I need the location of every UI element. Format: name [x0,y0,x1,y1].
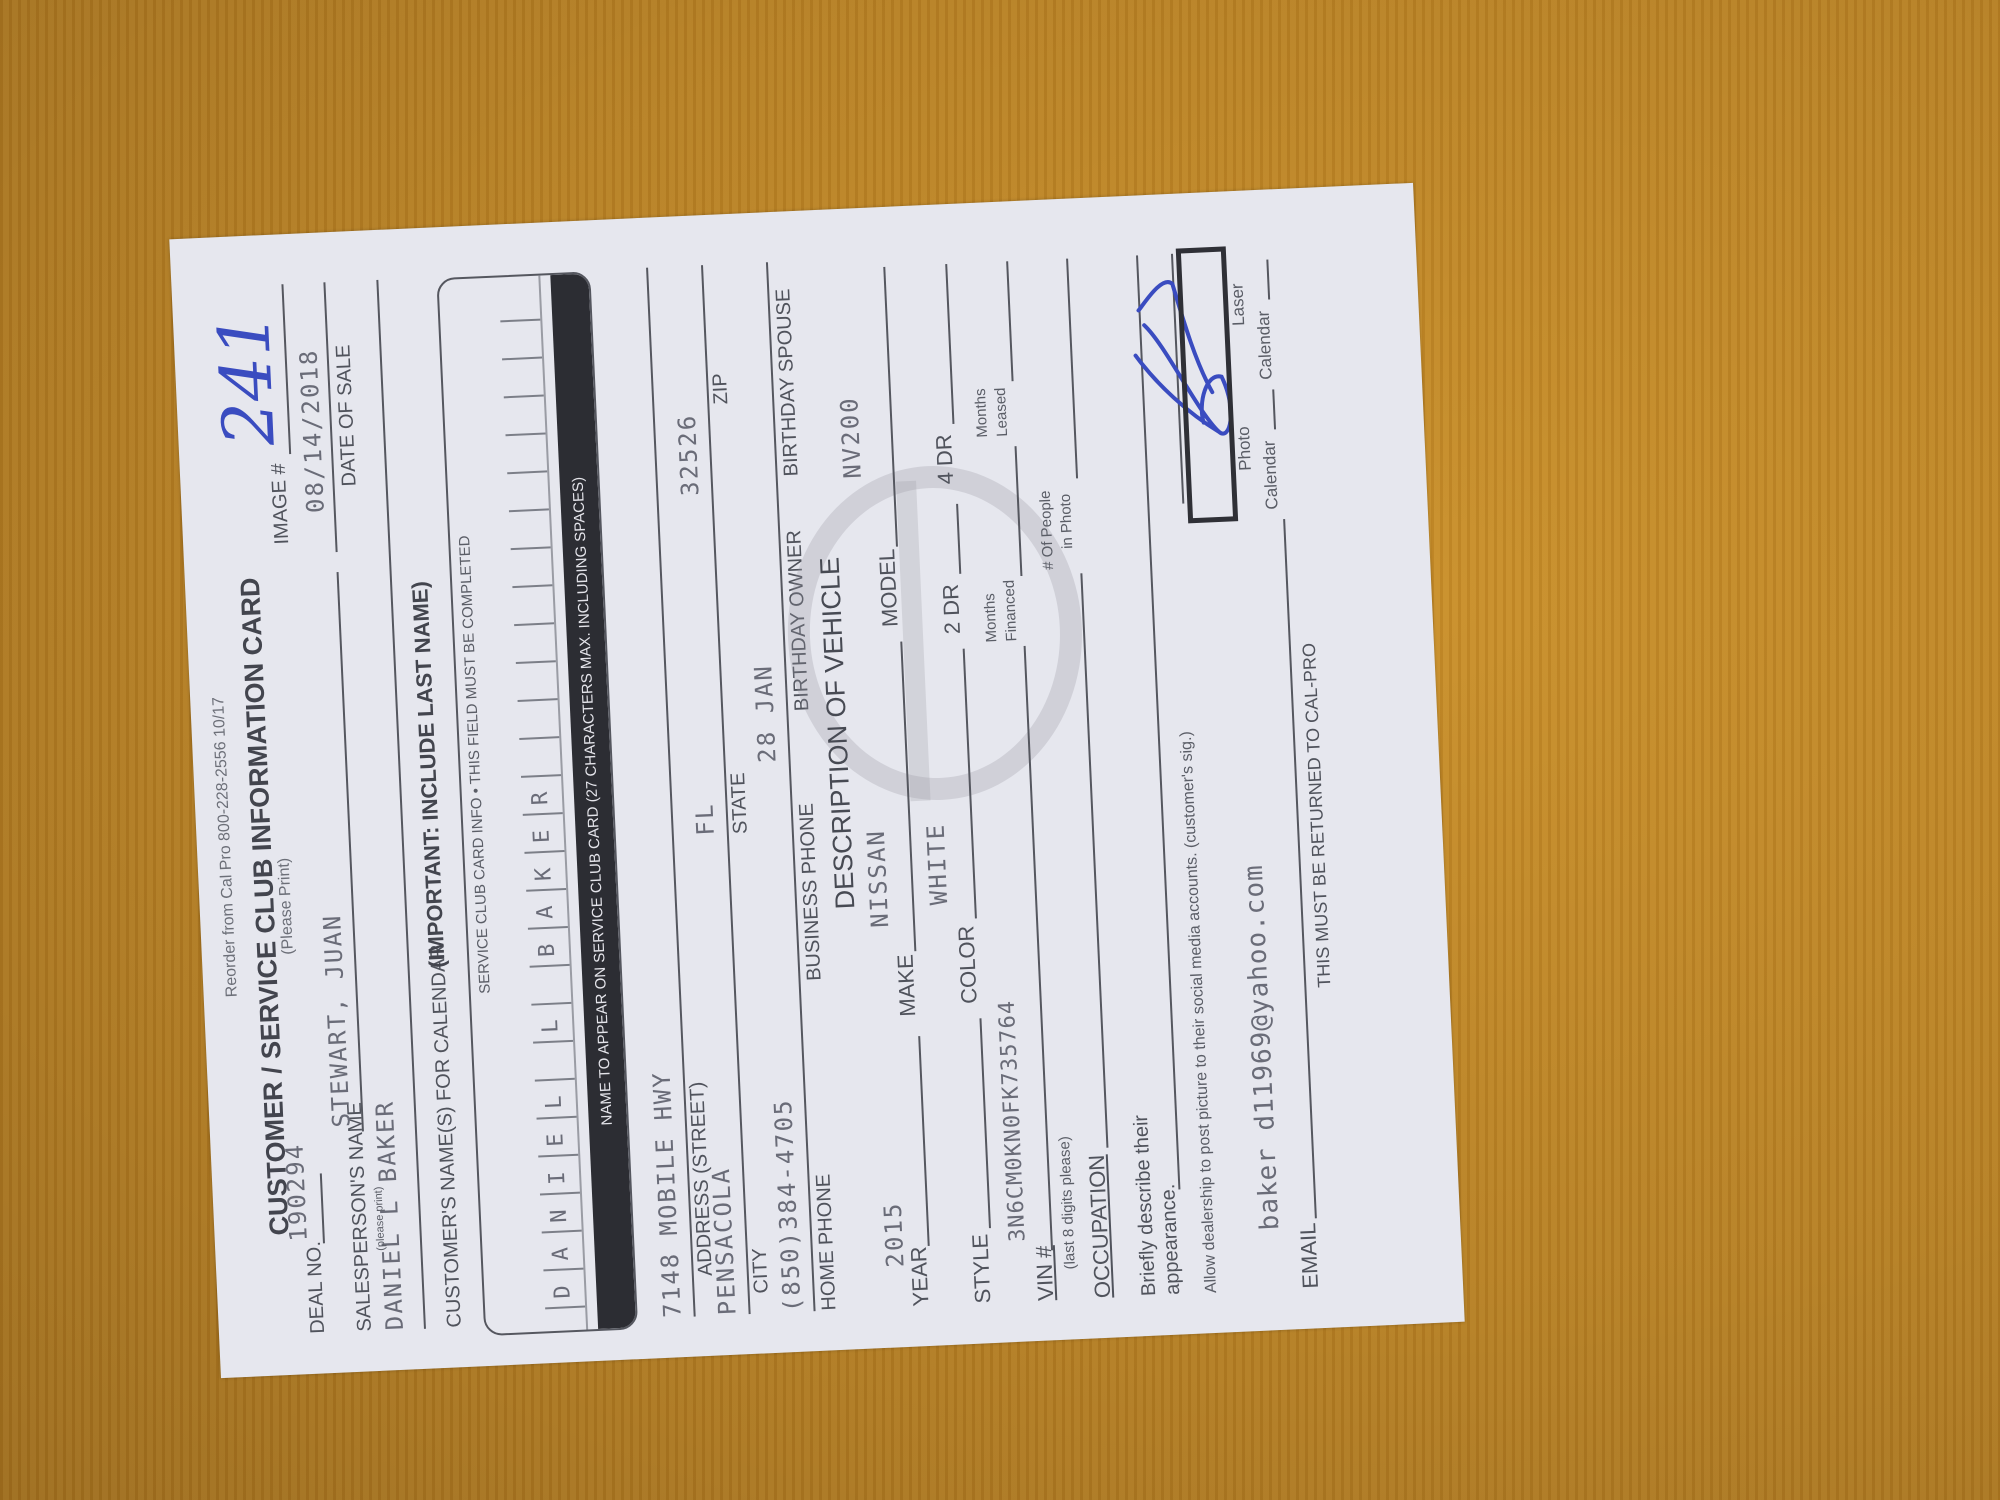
card-name-slot [500,319,540,323]
date-of-sale-value: 08/14/2018 [294,348,329,514]
card-name-slot [511,546,551,550]
photo-calendar-field[interactable] [1272,389,1276,429]
months-leased-field[interactable] [1006,261,1013,381]
salesperson-value: STEWART, JUAN [318,913,356,1128]
color-label: COLOR [953,925,983,1004]
card-name-char: N [547,1209,573,1223]
two-door-label: 2 DR [938,584,966,635]
zip-value: 32526 [673,413,705,496]
people-in-photo-label-2: in Photo [1057,494,1076,550]
card-name-char: L [542,1095,568,1109]
include-last-name-note: (IMPORTANT: INCLUDE LAST NAME) [407,581,451,969]
zip-label: ZIP [709,373,733,405]
card-name-slot [528,926,568,930]
card-name-slot [507,470,547,474]
service-club-information-card: Reorder from Cal Pro 800-228-2556 10/17 … [169,183,1464,1378]
return-note: THIS MUST BE RETURNED TO CAL-PRO [1299,642,1336,988]
card-name-slot [514,622,554,626]
date-of-sale-label: DATE OF SALE [332,344,361,487]
card-name-char: K [531,867,557,881]
service-card-note: SERVICE CLUB CARD INFO • THIS FIELD MUST… [456,535,494,994]
people-in-photo-label-1: # Of People [1037,490,1058,570]
make-label: MAKE [892,954,921,1017]
card-name-slot [512,584,552,588]
card-name-char: B [535,943,561,957]
business-phone-label: BUSINESS PHONE [796,803,827,982]
state-value: FL [690,802,719,836]
card-name-char: R [528,791,554,805]
card-name-slot [545,1306,585,1310]
birthday-owner-value: 28 JAN [749,663,781,763]
vin-hint: (last 8 digits please) [1056,1136,1079,1270]
card-name-slot [509,508,549,512]
four-door-field[interactable] [945,264,954,424]
people-in-photo-field[interactable] [1066,259,1078,479]
card-name-slot [519,736,559,740]
months-financed-label-1: Months [981,593,1000,643]
card-name-slot [535,1078,575,1082]
style-label: STYLE [967,1233,996,1304]
card-name-slot [538,1154,578,1158]
card-name-slot [516,660,556,664]
email-value: baker d11969@yahoo.com [1239,864,1286,1231]
address-value: 7148 MOBILE HWY [648,1070,687,1318]
appearance-label-2: appearance. [1157,1183,1185,1295]
card-name-char: I [545,1171,571,1185]
service-club-card-name-field[interactable]: SERVICE CLUB CARD INFO • THIS FIELD MUST… [436,271,638,1336]
card-name-slot [521,774,561,778]
card-name-slot [542,1230,582,1234]
appearance-label-1: Briefly describe their [1130,1114,1161,1296]
image-number-value: 241 [203,311,291,448]
year-value: 2015 [879,1201,910,1268]
city-label: CITY [749,1247,774,1294]
color-value: WHITE [922,822,954,905]
customer-names-label: CUSTOMER'S NAME(S) FOR CALENDAR [427,944,467,1328]
vin-label: VIN # [1031,1245,1059,1301]
months-financed-label-2: Financed [1001,579,1021,641]
image-number-label: IMAGE # [268,463,295,545]
model-label: MODEL [874,548,904,627]
model-value: NV200 [835,396,867,479]
card-name-char: D [550,1285,576,1299]
card-name-char: A [548,1247,574,1261]
email-label: EMAIL [1295,1222,1324,1289]
card-name-slot [518,698,558,702]
card-name-slot [526,888,566,892]
photo-calendar-label-2: Calendar [1260,440,1283,510]
months-leased-label-1: Months [972,388,991,438]
card-name-slot [530,964,570,968]
home-phone-label: HOME PHONE [812,1173,841,1311]
birthday-spouse-label: BIRTHDAY SPOUSE [772,288,803,477]
reorder-line: Reorder from Cal Pro 800-228-2556 10/17 [210,697,242,998]
occupation-label: OCCUPATION [1084,1154,1116,1298]
city-value: PENSACOLA [707,1167,742,1316]
photo-calendar-label-1: Photo [1234,426,1256,471]
four-door-label: 4 DR [931,434,959,485]
card-name-slot [524,850,564,854]
social-media-consent: Allow dealership to post picture to thei… [1178,731,1221,1294]
form-subtitle: (Please Print) [275,857,297,955]
vin-value: 3N6CM0KN0FK735764 [995,999,1031,1242]
card-name-slot [504,394,544,398]
card-name-slot [540,1192,580,1196]
card-name-char: A [533,905,559,919]
card-name-slot [531,1002,571,1006]
make-value: NISSAN [862,829,894,929]
card-name-slot [502,357,542,361]
card-name-char: E [529,829,555,843]
card-name-slot [505,432,545,436]
card-name-slot [537,1116,577,1120]
card-name-slot [533,1040,573,1044]
deal-no-label: DEAL NO. [303,1241,330,1335]
card-name-slot [523,812,563,816]
home-phone-value: (850)384-4705 [769,1098,807,1313]
card-name-char: E [543,1133,569,1147]
deal-no-value: 190294 [280,1142,312,1242]
laser-calendar-label-1: Laser [1227,283,1249,326]
card-name-slot [543,1268,583,1272]
year-label: YEAR [906,1246,935,1307]
months-leased-label-2: Leased [992,387,1011,437]
laser-calendar-field[interactable] [1266,259,1270,299]
state-label: STATE [727,772,753,834]
occupation-field[interactable] [1080,573,1108,1147]
card-name-char: L [538,1019,564,1033]
laser-calendar-label-2: Calendar [1254,310,1277,380]
